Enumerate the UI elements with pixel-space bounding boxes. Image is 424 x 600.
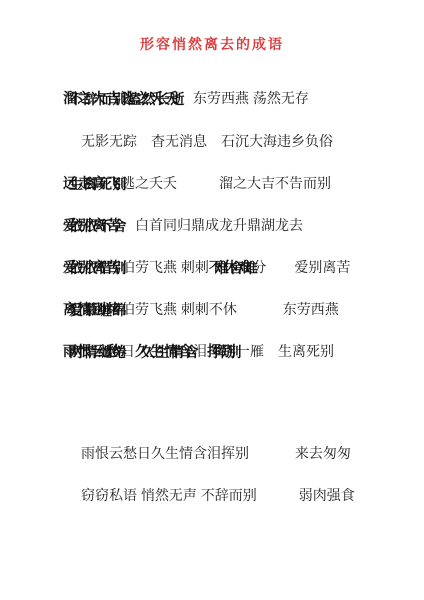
garbled-idiom-overlap: 挥别挥别 xyxy=(207,341,236,361)
idiom-line: 雨恨云愁日久生情含泪挥别 来去匆匆 xyxy=(63,443,351,463)
idiom-text: 东劳西燕 荡然无存 xyxy=(179,90,309,106)
overlap-ghost-text: 溘然长逝 xyxy=(127,89,185,109)
idiom-text: 雨恨云愁日久生情含泪挥别 来去匆匆 xyxy=(81,445,351,461)
idiom-line: 离情别绪爱慕缠绵伯劳飞燕 刺刺不休 东劳西燕 xyxy=(63,299,339,319)
garbled-idiom-overlap: 不休难难舍难 xyxy=(209,257,253,277)
idiom-line: 窃窃私语 悄然无声 不辞而别 弱肉强食 xyxy=(63,485,355,505)
garbled-idiom-overlap: 远走高飞生离死别 xyxy=(63,173,121,193)
idiom-line: 远走高飞生离死别逃之夭夭 溜之大吉不告而别 xyxy=(63,173,331,193)
overlap-ghost-text: 爱慕缠绵 xyxy=(69,300,127,320)
idiom-text: 分 爱别离苦 xyxy=(252,259,350,275)
document-page: 形容悄然离去的成语 溜之大吉不辞而别逃之夭夭溘然长逝 东劳西燕 荡然无存无影无踪… xyxy=(0,0,424,600)
idiom-text: 伯劳飞燕 刺刺不休 东劳西燕 xyxy=(121,301,339,317)
garbled-idiom-overlap: 溜之大吉不辞而别 xyxy=(63,88,121,108)
garbled-idiom-overlap: 雨恨云愁两情缱绻 xyxy=(63,341,121,361)
idiom-line: 雨恨云愁两情缱绻日久生情含久生情含泪挥别挥别一雁 生离死别 xyxy=(63,341,334,361)
garbled-idiom-overlap: 逃之夭夭溘然长逝 xyxy=(121,88,179,108)
overlap-ghost-text: 依依惜别 xyxy=(69,258,127,278)
overlap-ghost-text: 不辞而别 xyxy=(69,89,127,109)
page-title: 形容悄然离去的成语 xyxy=(0,34,424,54)
overlap-ghost-text: 依依不舍 xyxy=(69,216,127,236)
garbled-idiom-overlap: 离情别绪爱慕缠绵 xyxy=(63,299,121,319)
idiom-line: 爱别离苦依依不舍 白首同归鼎成龙升鼎湖龙去 xyxy=(63,215,303,235)
garbled-idiom-overlap: 爱别离苦依依不舍 xyxy=(63,215,121,235)
idiom-text: 窃窃私语 悄然无声 不辞而别 弱肉强食 xyxy=(81,487,355,503)
idiom-line: 溜之大吉不辞而别逃之夭夭溘然长逝 东劳西燕 荡然无存 xyxy=(63,88,309,108)
idiom-text: 逃之夭夭 溜之大吉不告而别 xyxy=(121,175,331,191)
idiom-text: 伯劳飞燕 刺刺 xyxy=(121,259,209,275)
overlap-ghost-text: 挥别 xyxy=(213,342,242,362)
garbled-idiom-overlap: 久生情含久生情含 xyxy=(135,341,193,361)
garbled-idiom-overlap: 爱别离苦依依惜别 xyxy=(63,257,121,277)
idiom-line: 无影无踪 杳无消息 石沉大海违乡负俗 xyxy=(63,131,333,151)
idiom-text: 白首同归鼎成龙升鼎湖龙去 xyxy=(121,217,303,233)
idiom-text: 一雁 生离死别 xyxy=(236,343,334,359)
overlap-ghost-text: 生离死别 xyxy=(69,174,127,194)
overlap-ghost-text: 难舍难 xyxy=(215,258,259,278)
overlap-ghost-text: 两情缱绻 xyxy=(69,342,127,362)
idiom-line: 爱别离苦依依惜别伯劳飞燕 刺刺不休难难舍难分 爱别离苦 xyxy=(63,257,350,277)
idiom-text: 无影无踪 杳无消息 石沉大海违乡负俗 xyxy=(81,133,333,149)
overlap-ghost-text: 久生情含 xyxy=(141,342,199,362)
